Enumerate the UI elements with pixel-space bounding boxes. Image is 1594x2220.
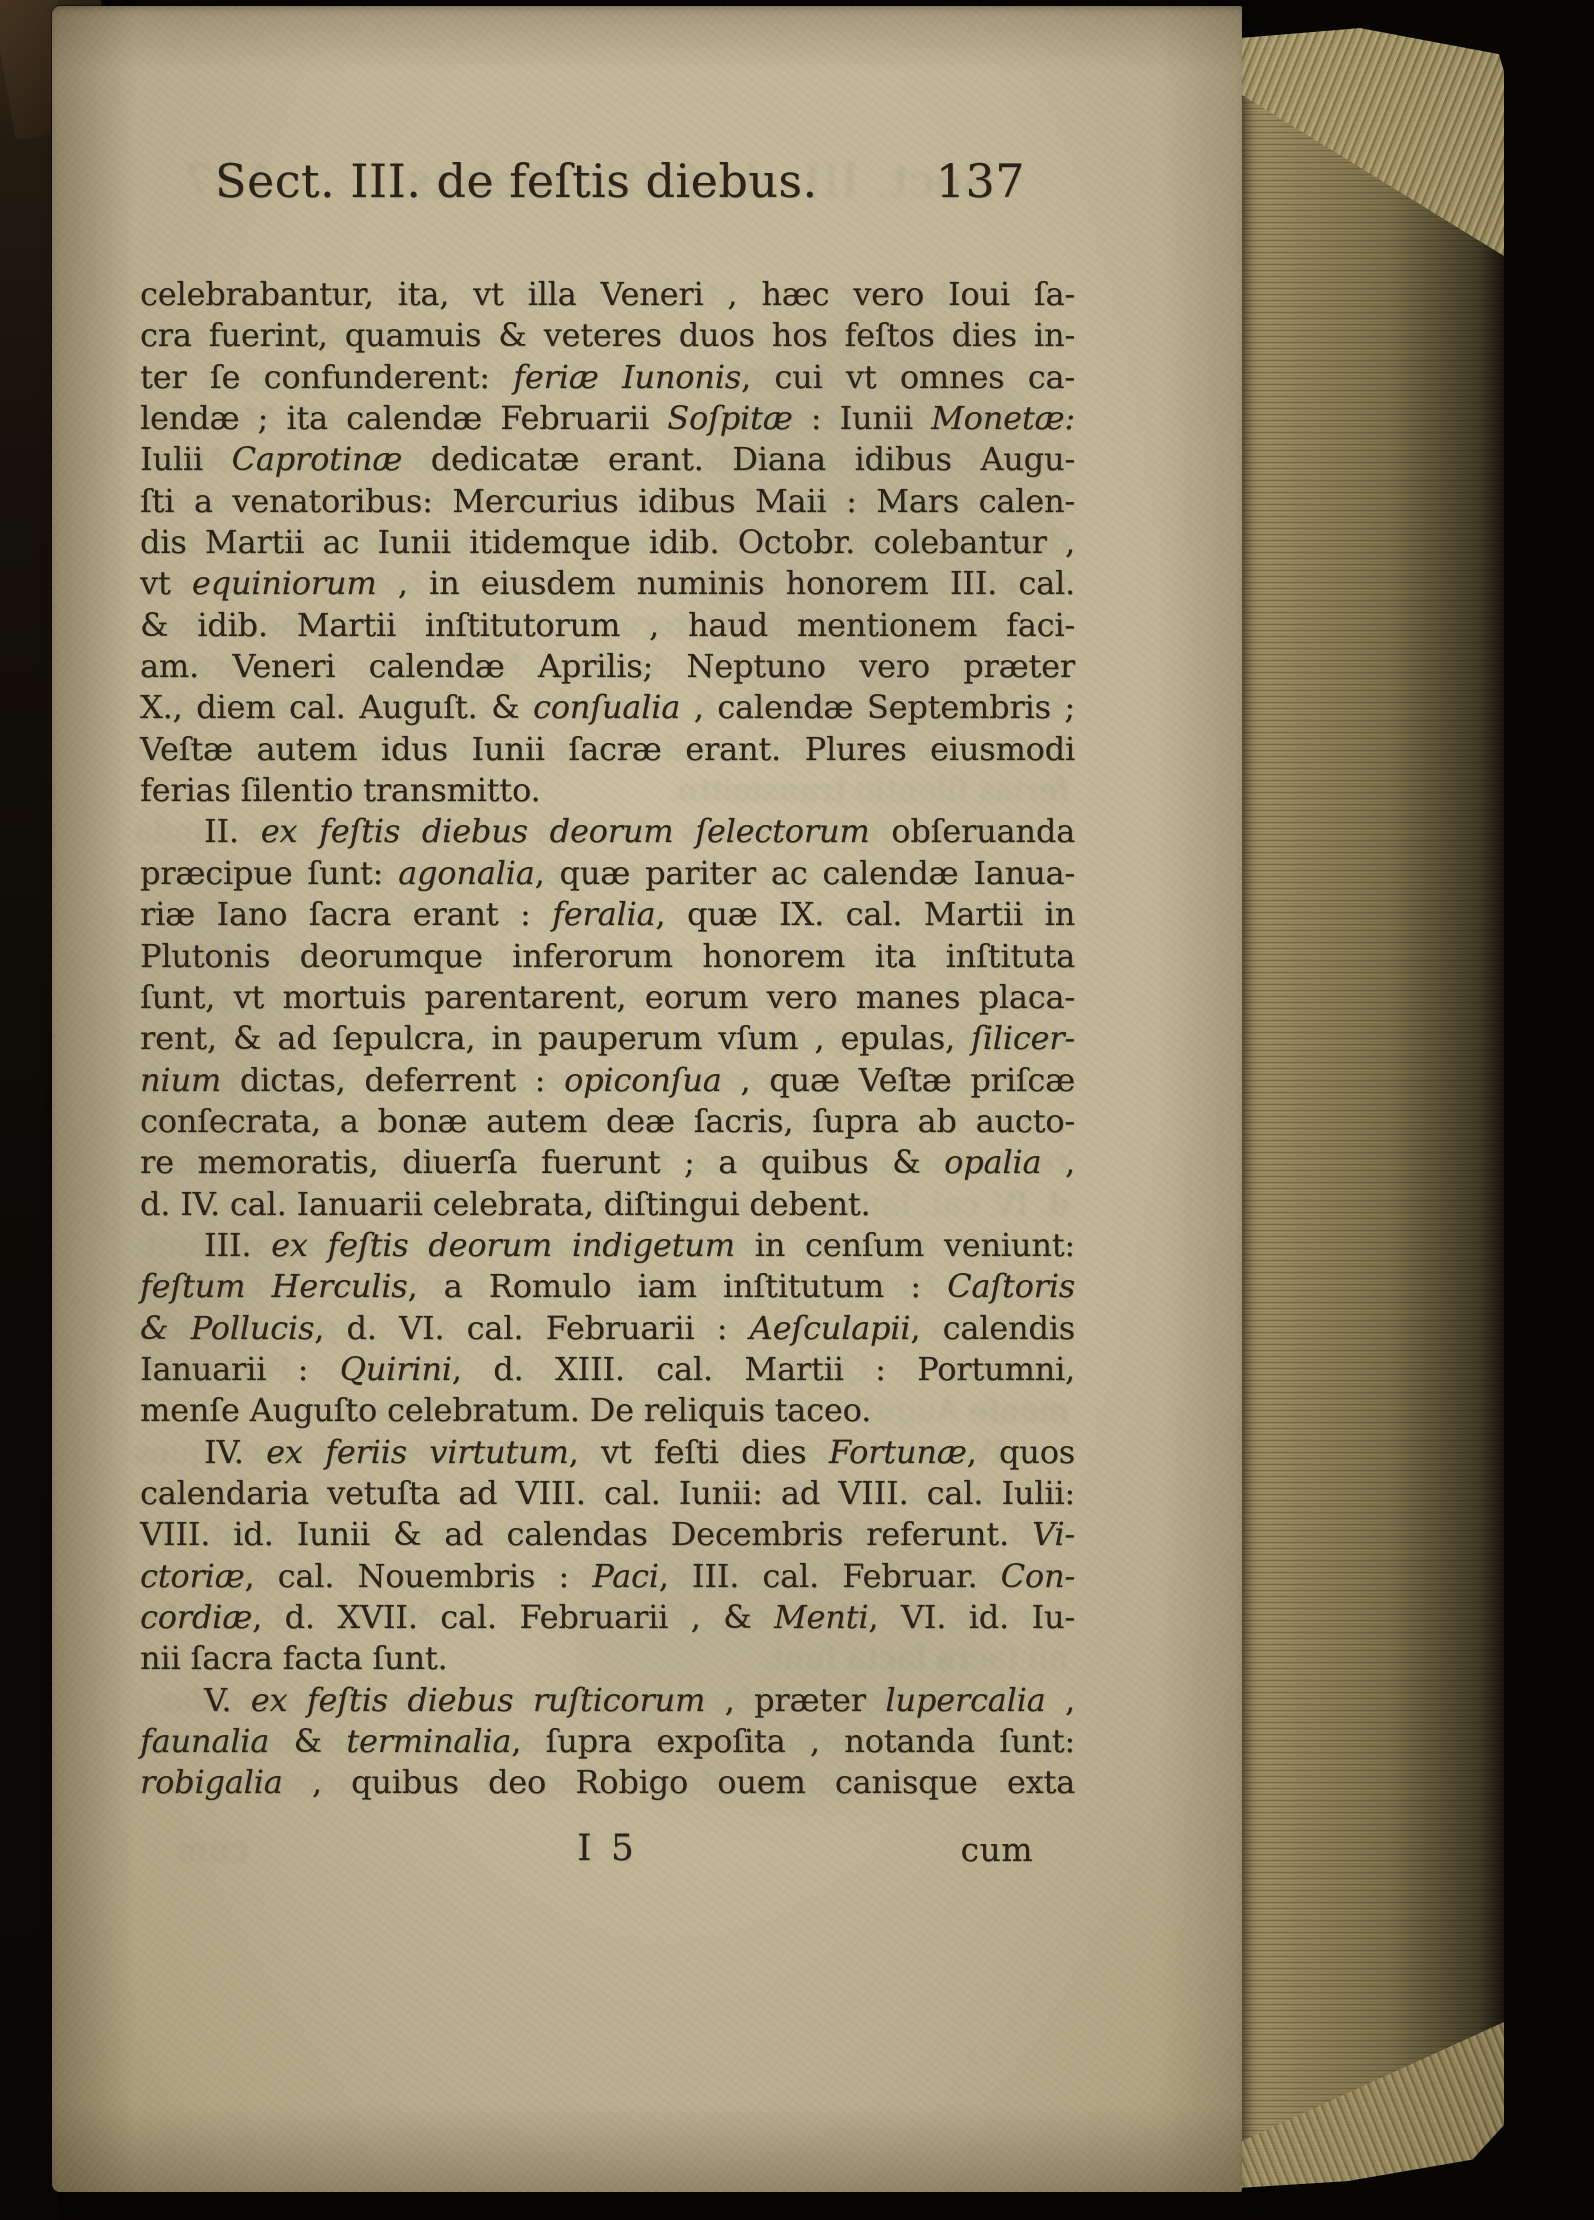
text-run: d. IV. cal. Ianuarii celebrata, diſtingu… (140, 1185, 870, 1223)
text-run: , quibus deo Robigo ouem canisque exta (283, 1763, 1075, 1801)
text-run: terminalia (346, 1722, 511, 1760)
text-line: cordiæ, d. XVII. cal. Februarii , & Ment… (140, 1597, 1075, 1638)
text-run: , VI. id. Iu- (868, 1598, 1075, 1636)
text-run: conſecrata, a bonæ autem deæ ſacris, ſup… (140, 1102, 1075, 1140)
text-run: lendæ ; ita calendæ Februarii (140, 399, 667, 437)
text-line: vt equiniorum , in eiusdem numinis honor… (140, 563, 1075, 604)
text-run: , a Romulo iam inſtitutum : (407, 1267, 947, 1305)
text-run: , cui vt omnes ca- (741, 358, 1075, 396)
text-run: riæ Iano ſacra erant : (140, 895, 552, 933)
book-fore-edge (1242, 26, 1504, 2192)
text-run: nium (140, 1061, 221, 1099)
section-heading: Sect. III. de feſtis diebus. (215, 154, 818, 208)
text-run: Veſtæ autem idus Iunii ſacræ erant. Plur… (140, 730, 1075, 768)
text-run: re memoratis, diuerſa fuerunt ; a quibus… (140, 1143, 944, 1181)
text-run: ſilicer- (971, 1019, 1075, 1057)
text-run: ex feriis virtutum (266, 1433, 568, 1471)
text-run: , calendis (910, 1309, 1075, 1347)
text-line: ſti a venatoribus: Mercurius idibus Maii… (140, 481, 1075, 522)
text-run: , (1046, 1681, 1075, 1719)
page-content: Sect. III. de feſtis diebus. 137 celebra… (140, 6, 1075, 2192)
text-run: Monetæ: (931, 399, 1075, 437)
text-run: & (269, 1722, 346, 1760)
text-run: , in eiusdem numinis honorem III. cal. (376, 564, 1075, 602)
text-run: agonalia (398, 854, 534, 892)
text-line: II. ex feſtis diebus deorum ſelectorum o… (140, 811, 1075, 852)
text-run: Fortunæ (829, 1433, 967, 1471)
text-run: ferias ſilentio transmitto. (140, 771, 540, 809)
text-run: ter ſe confunderent: (140, 358, 513, 396)
text-run: II. (204, 812, 261, 850)
text-run: Iulii (140, 440, 232, 478)
text-run: feralia (552, 895, 655, 933)
text-run: menſe Auguſto celebratum. De reliquis ta… (140, 1391, 871, 1429)
text-run: Soſpitæ (667, 399, 792, 437)
text-line: Plutonis deorumque inferorum honorem ita… (140, 936, 1075, 977)
text-run: , quæ pariter ac calendæ Ianua- (535, 854, 1075, 892)
text-run: Aeſculapii (750, 1309, 911, 1347)
text-run: dictas, deferrent : (221, 1061, 564, 1099)
text-run: , calendæ Septembris ; (680, 688, 1075, 726)
text-line: ter ſe confunderent: feriæ Iunonis, cui … (140, 357, 1075, 398)
text-run: III. (204, 1226, 271, 1264)
text-run: rent, & ad ſepulcra, in pauperum vſum , … (140, 1019, 971, 1057)
text-run: ex feſtis deorum indigetum (271, 1226, 735, 1264)
text-line: rent, & ad ſepulcra, in pauperum vſum , … (140, 1018, 1075, 1059)
text-run: IV. (204, 1433, 266, 1471)
text-line: d. IV. cal. Ianuarii celebrata, diſtingu… (140, 1184, 1075, 1225)
text-run: Vi- (1032, 1515, 1075, 1553)
text-run: nii ſacra facta ſunt. (140, 1639, 448, 1677)
text-line: VIII. id. Iunii & ad calendas Decembris … (140, 1514, 1075, 1555)
book-page: Sect. III. de feſtis diebus. 137 celebra… (52, 6, 1242, 2192)
text-line: præcipue ſunt: agonalia, quæ pariter ac … (140, 853, 1075, 894)
text-line: menſe Auguſto celebratum. De reliquis ta… (140, 1390, 1075, 1431)
text-run: Plutonis deorumque inferorum honorem ita… (140, 937, 1075, 975)
page-header: Sect. III. de feſtis diebus. 137 (140, 154, 1075, 208)
text-line: riæ Iano ſacra erant : feralia, quæ IX. … (140, 894, 1075, 935)
text-run: ctoriæ (140, 1557, 244, 1595)
text-run: Caprotinæ (232, 440, 403, 478)
page-number: 137 (936, 154, 1025, 208)
book-photo: { "colors":{ "background":"#070605", "pa… (0, 0, 1594, 2220)
text-line: Veſtæ autem idus Iunii ſacræ erant. Plur… (140, 729, 1075, 770)
text-run: Con- (1001, 1557, 1075, 1595)
text-run: Paci (592, 1557, 659, 1595)
text-line: faunalia & terminalia, ſupra expoſita , … (140, 1721, 1075, 1762)
text-run: ſunt, vt mortuis parentarent, eorum vero… (140, 978, 1075, 1016)
text-line: X., diem cal. Auguſt. & conſualia , cale… (140, 687, 1075, 728)
text-run: , cal. Nouembris : (244, 1557, 592, 1595)
text-run: faunalia (140, 1722, 269, 1760)
text-run: equiniorum (192, 564, 377, 602)
text-run: Quirini (340, 1350, 452, 1388)
text-run: , d. XVII. cal. Februarii , & (252, 1598, 774, 1636)
text-body: celebrabantur, ita, vt illa Veneri , hæc… (140, 274, 1075, 1804)
text-run: X., diem cal. Auguſt. & (140, 688, 533, 726)
book-spine-edge (0, 0, 58, 2220)
text-line: III. ex feſtis deorum indigetum in cenſu… (140, 1225, 1075, 1266)
text-run: Ianuarii : (140, 1350, 340, 1388)
text-line: robigalia , quibus deo Robigo ouem canis… (140, 1762, 1075, 1803)
text-run: ſti a venatoribus: Mercurius idibus Maii… (140, 482, 1075, 520)
text-run: robigalia (140, 1763, 283, 1801)
text-run: & Pollucis (140, 1309, 314, 1347)
text-run: , quæ IX. cal. Martii in (655, 895, 1075, 933)
text-run: VIII. id. Iunii & ad calendas Decembris … (140, 1515, 1032, 1553)
text-run: feriæ Iunonis (513, 358, 741, 396)
text-run: dis Martii ac Iunii itidemque idib. Octo… (140, 523, 1075, 561)
text-run: & idib. Martii inſtitutorum , haud menti… (140, 606, 1075, 644)
text-run: conſualia (533, 688, 680, 726)
text-run: lupercalia (885, 1681, 1045, 1719)
text-run: V. (204, 1681, 251, 1719)
text-line: ſunt, vt mortuis parentarent, eorum vero… (140, 977, 1075, 1018)
text-line: nium dictas, deferrent : opiconſua , quæ… (140, 1060, 1075, 1101)
text-run: am. Veneri calendæ Aprilis; Neptuno vero… (140, 647, 1075, 685)
text-run: ex feſtis diebus deorum ſelectorum (261, 812, 870, 850)
text-run: , d. VI. cal. Februarii : (314, 1309, 749, 1347)
catchword: cum (960, 1830, 1033, 1869)
text-run: , præter (705, 1681, 885, 1719)
text-line: cra fuerint, quamuis & veteres duos hos … (140, 315, 1075, 356)
text-line: conſecrata, a bonæ autem deæ ſacris, ſup… (140, 1101, 1075, 1142)
text-run: vt (140, 564, 192, 602)
text-line: nii ſacra facta ſunt. (140, 1638, 1075, 1679)
text-line: V. ex feſtis diebus ruſticorum , præter … (140, 1680, 1075, 1721)
text-run: , III. cal. Februar. (659, 1557, 1001, 1595)
text-line: lendæ ; ita calendæ Februarii Soſpitæ : … (140, 398, 1075, 439)
text-line: re memoratis, diuerſa fuerunt ; a quibus… (140, 1142, 1075, 1183)
text-run: obſeruanda (869, 812, 1075, 850)
text-run: cra fuerint, quamuis & veteres duos hos … (140, 316, 1075, 354)
signature-mark: I 5 (140, 1828, 1075, 1869)
text-run: Caſtoris (947, 1267, 1075, 1305)
text-line: Iulii Caprotinæ dedicatæ erant. Diana id… (140, 439, 1075, 480)
text-run: feſtum Herculis (140, 1267, 407, 1305)
text-run: , d. XIII. cal. Martii : Portumni, (452, 1350, 1075, 1388)
text-line: Ianuarii : Quirini, d. XIII. cal. Martii… (140, 1349, 1075, 1390)
text-line: calendaria vetuſta ad VIII. cal. Iunii: … (140, 1473, 1075, 1514)
text-run: opalia (944, 1143, 1041, 1181)
text-run: opiconſua (564, 1061, 722, 1099)
text-run: in cenſum veniunt: (735, 1226, 1075, 1264)
text-run: cordiæ (140, 1598, 252, 1636)
text-line: celebrabantur, ita, vt illa Veneri , hæc… (140, 274, 1075, 315)
text-line: IV. ex feriis virtutum, vt feſti dies Fo… (140, 1432, 1075, 1473)
text-run: calendaria vetuſta ad VIII. cal. Iunii: … (140, 1474, 1075, 1512)
text-line: feſtum Herculis, a Romulo iam inſtitutum… (140, 1266, 1075, 1307)
text-run: , (1041, 1143, 1075, 1181)
text-run: , ſupra expoſita , notanda ſunt: (511, 1722, 1075, 1760)
text-run: præcipue ſunt: (140, 854, 398, 892)
text-line: ferias ſilentio transmitto. (140, 770, 1075, 811)
text-line: & Pollucis, d. VI. cal. Februarii : Aeſc… (140, 1308, 1075, 1349)
text-run: Menti (774, 1598, 868, 1636)
text-run: , vt feſti dies (569, 1433, 829, 1471)
text-run: , quæ Veſtæ priſcæ (722, 1061, 1075, 1099)
text-run: : Iunii (793, 399, 932, 437)
text-run: celebrabantur, ita, vt illa Veneri , hæc… (140, 275, 1075, 313)
page-footer: I 5 cum (140, 1828, 1075, 1880)
text-line: ctoriæ, cal. Nouembris : Paci, III. cal.… (140, 1556, 1075, 1597)
text-run: , quos (967, 1433, 1075, 1471)
text-run: ex feſtis diebus ruſticorum (251, 1681, 705, 1719)
text-run: dedicatæ erant. Diana idibus Augu- (402, 440, 1075, 478)
text-line: dis Martii ac Iunii itidemque idib. Octo… (140, 522, 1075, 563)
text-line: & idib. Martii inſtitutorum , haud menti… (140, 605, 1075, 646)
text-line: am. Veneri calendæ Aprilis; Neptuno vero… (140, 646, 1075, 687)
